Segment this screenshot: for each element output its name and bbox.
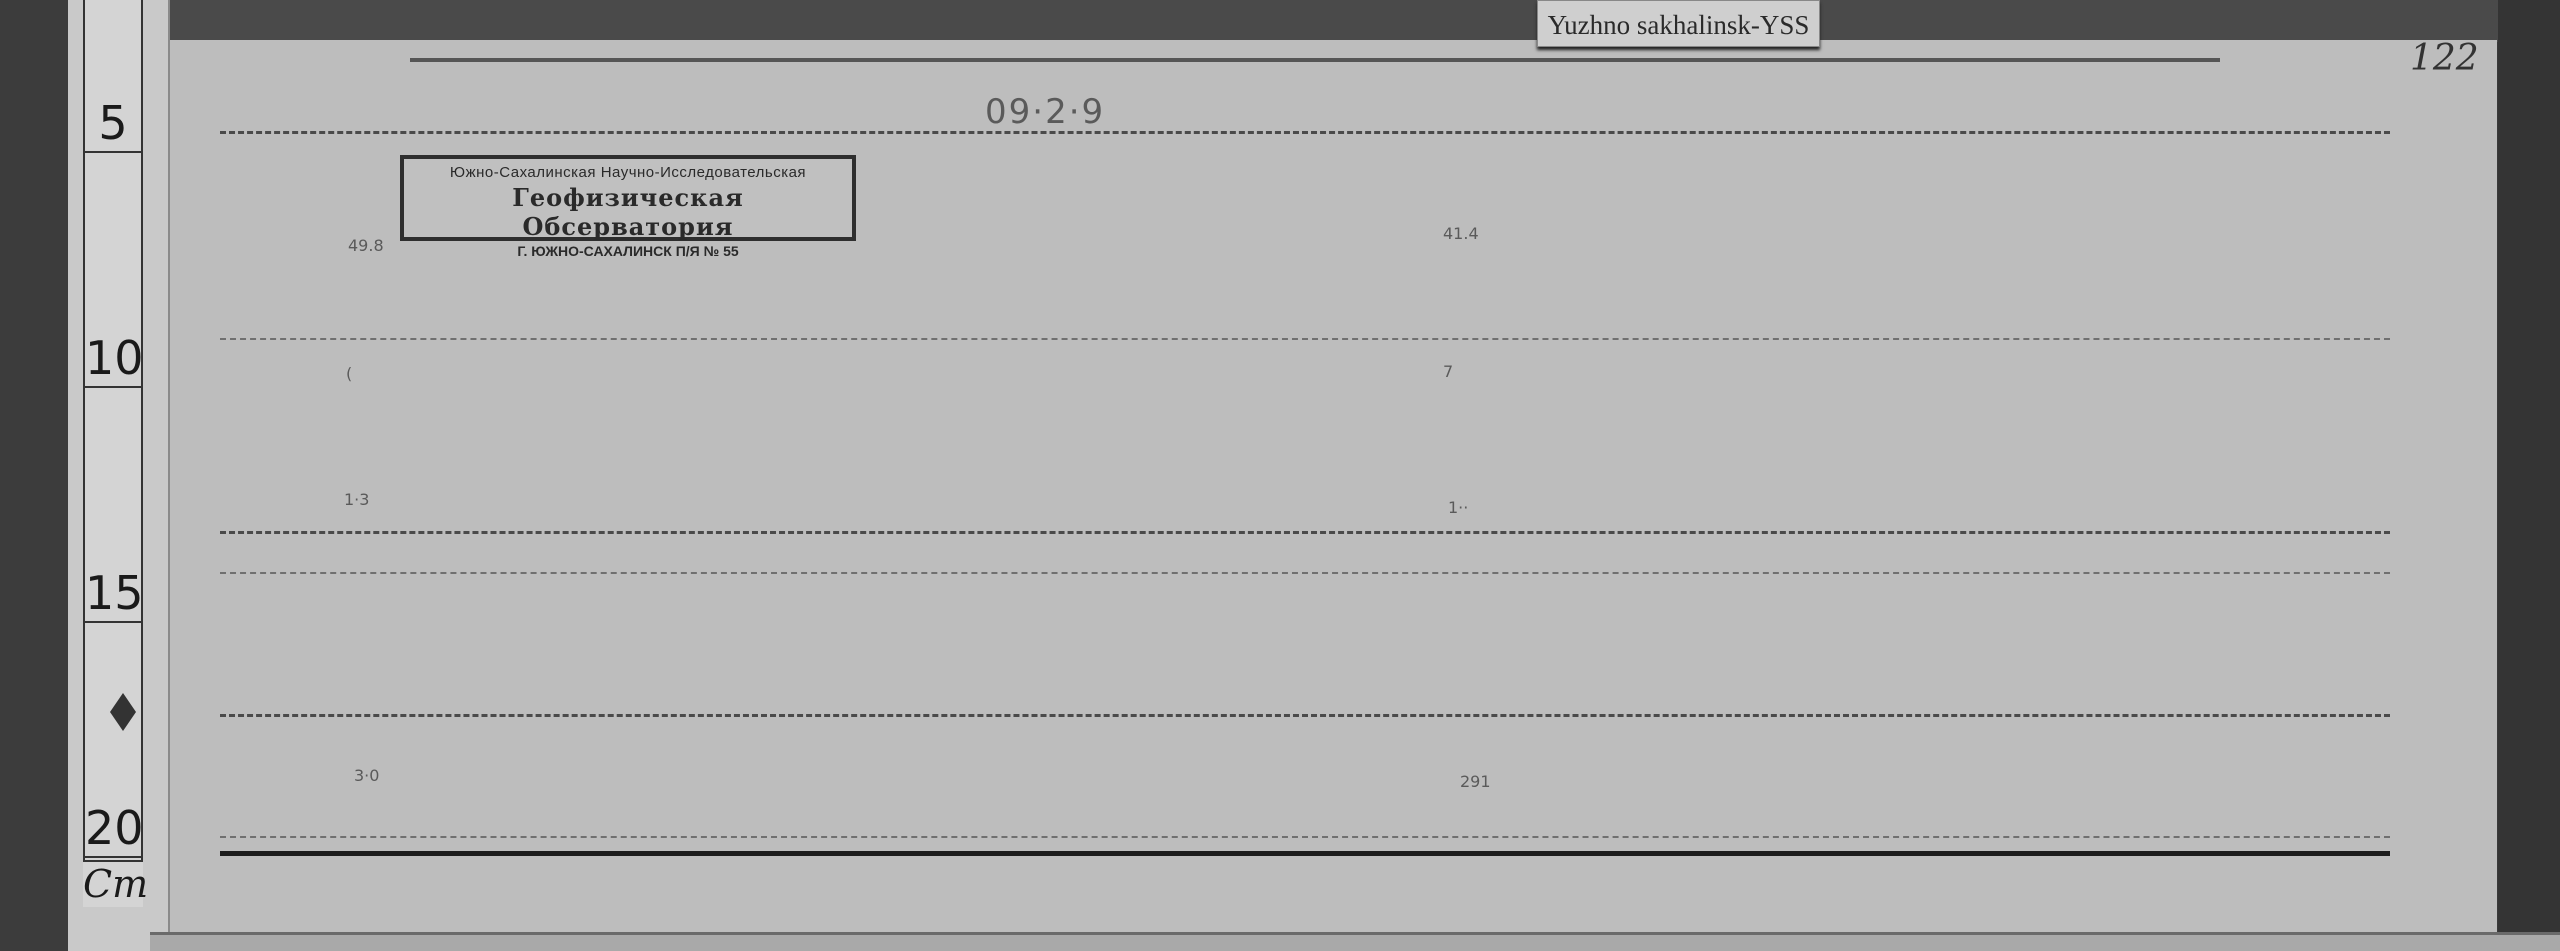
background-right: [2498, 0, 2560, 951]
stamp-line-3: Г. ЮЖНО-САХАЛИНСК П/Я № 55: [404, 243, 852, 259]
centimeter-ruler: 5 10 15 20: [83, 0, 143, 905]
ruler-mark-5: 5: [85, 95, 141, 153]
annotation-right-2: 7: [1443, 362, 1453, 381]
top-background-band: [150, 0, 2560, 42]
background-left: [0, 0, 75, 951]
annotation-right-1: 41.4: [1443, 224, 1479, 243]
ruler-unit-label: Cm: [83, 860, 143, 907]
ruler-mark-15: 15: [85, 565, 141, 623]
trace-line-4: [220, 572, 2390, 574]
annotation-left-1: 49.8: [348, 236, 384, 255]
trace-line-2: [220, 338, 2390, 340]
date-note: 09·2·9: [985, 92, 1105, 132]
time-mark-trace: [410, 58, 2220, 62]
ruler-mark-10: 10: [85, 330, 141, 388]
annotation-right-3: 1··: [1448, 498, 1468, 517]
observatory-stamp: Южно-Сахалинская Научно-Исследовательска…: [400, 155, 856, 241]
stamp-line-2: Геофизическая Обсерватория: [404, 183, 852, 241]
stamp-line-1: Южно-Сахалинская Научно-Исследовательска…: [404, 164, 852, 181]
trace-line-7: [220, 851, 2390, 856]
annotation-right-4: 291: [1460, 772, 1491, 791]
trace-line-3: [220, 531, 2390, 534]
trace-line-1: [220, 131, 2390, 134]
trace-line-6: [220, 836, 2390, 838]
page-number: 122: [2410, 38, 2479, 79]
annotation-left-3: 1·3: [344, 490, 369, 509]
annotation-left-4: 3·0: [354, 766, 379, 785]
station-label: Yuzhno sakhalinsk-YSS: [1537, 0, 1820, 47]
ruler-mark-20: 20: [85, 800, 141, 858]
trace-line-5: [220, 714, 2390, 717]
annotation-left-2: (: [346, 364, 352, 383]
sheet-bottom-edge: [150, 932, 2560, 951]
